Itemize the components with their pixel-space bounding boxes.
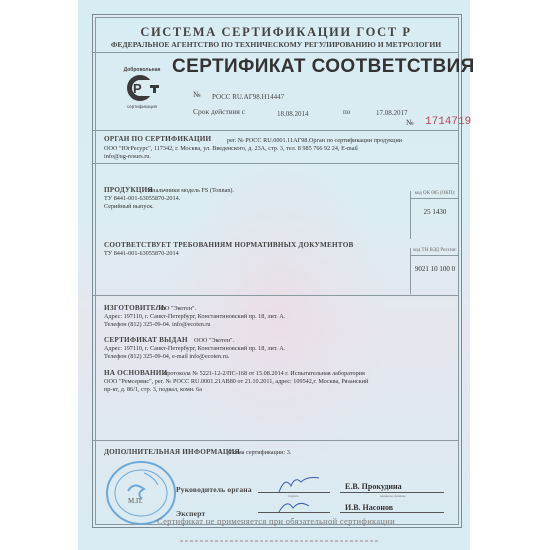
cert-body-line: ООО "ЮгРесурс", 117342, г. Москва, ул. В… — [104, 145, 358, 152]
svg-text:Добровольная: Добровольная — [124, 66, 161, 73]
tnved-code-value: 9021 10 100 0 — [411, 265, 459, 273]
okp-code-label: код ОК 005 (ОКП): — [411, 191, 459, 199]
expert-signature-icon — [275, 496, 315, 516]
tnved-code-label: код ТН ВЭД России: — [411, 248, 459, 256]
manufacturer-line: Телефон (812) 325-09-04. info@ecoten.ru — [104, 321, 211, 328]
expert-name: И.В. Насонов — [345, 503, 393, 512]
number-label: № — [193, 90, 201, 99]
product-name: Напальчники модель FS (Tonnan). — [145, 187, 234, 194]
serial-number: 1714719 — [425, 116, 471, 128]
additional-info-label: ДОПОЛНИТЕЛЬНАЯ ИНФОРМАЦИЯ — [104, 448, 240, 456]
header-divider — [93, 52, 459, 53]
cert-body-line: info@ug-resurs.ru. — [104, 153, 151, 160]
system-title: СИСТЕМА СЕРТИФИКАЦИИ ГОСТ Р — [92, 25, 460, 40]
tnved-code-box: код ТН ВЭД России: 9021 10 100 0 — [410, 248, 459, 294]
section-divider — [93, 295, 459, 296]
product-line: ТУ 8441-001-63055870-2014. — [104, 195, 180, 202]
name-hint: инициалы, фамилия — [380, 494, 406, 498]
expert-name-line — [340, 512, 444, 513]
manufacturer-name: ООО "Экотен". — [156, 305, 196, 312]
conformity-label: СООТВЕТСТВУЕТ ТРЕБОВАНИЯМ НОРМАТИВНЫХ ДО… — [104, 241, 353, 249]
conformity-doc: ТУ 8441-001-63055870-2014 — [104, 250, 179, 257]
agency-title: ФЕДЕРАЛЬНОЕ АГЕНТСТВО ПО ТЕХНИЧЕСКОМУ РЕ… — [92, 40, 460, 49]
svg-text:сертификация: сертификация — [127, 104, 158, 109]
certificate-number: РОСС RU.АГ98.Н14447 — [212, 93, 284, 101]
okp-code-value: 25 1430 — [411, 208, 459, 216]
head-name: Е.В. Прокудина — [345, 482, 402, 491]
stamp-label: М.П. — [128, 497, 143, 505]
issued-to-line: Адрес: 197110, г. Санкт-Петербург, Конст… — [104, 345, 285, 352]
additional-info-text: Схема сертификации: 3. — [228, 449, 291, 456]
basis-line: ООО "Ремсервис", рег. № РОСС RU.0001.21А… — [104, 378, 368, 385]
head-signature-line — [258, 492, 330, 493]
basis-first-line: протокола № 5221-12-2/ПС-168 от 15.08.20… — [164, 370, 365, 377]
to-label: по — [343, 108, 350, 116]
rst-logo-icon: Добровольная P сертификация — [112, 62, 172, 112]
certificate-title: СЕРТИФИКАТ СООТВЕТСТВИЯ — [172, 56, 475, 78]
section-divider — [93, 163, 459, 164]
issued-to-label: СЕРТИФИКАТ ВЫДАН — [104, 336, 188, 344]
section-divider — [93, 440, 459, 441]
section-divider — [93, 130, 459, 131]
okp-code-box: код ОК 005 (ОКП): 25 1430 — [410, 191, 459, 239]
fine-print — [180, 540, 380, 542]
expert-signature-line — [258, 512, 330, 513]
head-label: Руководитель органа — [176, 485, 252, 494]
head-name-line — [340, 492, 444, 493]
product-line: Серийный выпуск. — [104, 203, 154, 210]
manufacturer-line: Адрес: 197110, г. Санкт-Петербург, Конст… — [104, 313, 285, 320]
issued-to-line: Телефон (812) 325-09-04, e-mail info@eco… — [104, 353, 229, 360]
svg-text:P: P — [133, 81, 142, 96]
serial-label: № — [406, 118, 414, 127]
validity-label: Срок действия с — [193, 107, 245, 116]
basis-line: пр-кт, д. 86/1, стр. 3, подвал, комн. 6а — [104, 386, 202, 393]
issued-to-name: ООО "Экотен". — [194, 337, 234, 344]
basis-label: НА ОСНОВАНИИ — [104, 369, 167, 377]
footer-note: Сертификат не применяется при обязательн… — [92, 516, 460, 526]
valid-from: 18.08.2014 — [277, 110, 309, 118]
valid-to: 17.08.2017 — [376, 109, 408, 117]
cert-body-line: рег. № РОСС RU.0001.11АГ98.Орган по серт… — [227, 137, 402, 144]
cert-body-label: ОРГАН ПО СЕРТИФИКАЦИИ — [104, 135, 211, 143]
